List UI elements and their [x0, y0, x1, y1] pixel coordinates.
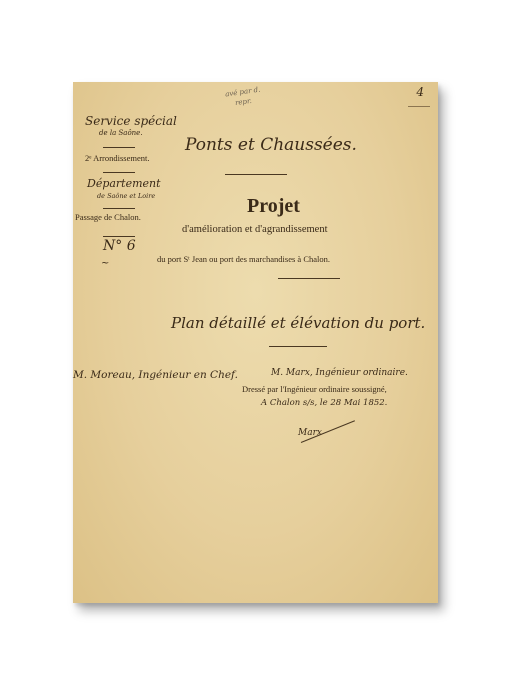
passage-label: Passage de Chalon. [75, 212, 141, 222]
plan-title: Plan détaillé et élévation du port. [171, 314, 425, 332]
divider [103, 236, 135, 237]
department-title: Ponts et Chaussées. [185, 135, 357, 155]
ordinary-engineer: M. Marx, Ingénieur ordinaire. [271, 368, 408, 378]
project-rule [278, 278, 340, 279]
departement-label: Département [87, 177, 161, 190]
page-number-rule [408, 106, 430, 107]
divider [103, 172, 135, 173]
place-date-line: A Chalon s/s, le 28 Mai 1852. [261, 398, 387, 408]
signature: Marx [298, 428, 322, 438]
departement-sub-label: de Saône et Loire [97, 192, 155, 200]
flourish-ornament: ~ [101, 258, 109, 269]
marginal-note-2: repr. [235, 97, 253, 107]
chief-engineer: M. Moreau, Ingénieur en Chef. [73, 369, 238, 381]
marginal-note: avé par d. [225, 86, 261, 99]
project-line-1: d'amélioration et d'agrandissement [182, 224, 328, 235]
document-page: 4 avé par d. repr. Service spécial de la… [73, 82, 438, 603]
plan-rule [269, 346, 327, 347]
service-label: Service spécial [85, 114, 177, 128]
project-heading: Projet [247, 195, 300, 218]
divider [103, 147, 135, 148]
divider [103, 208, 135, 209]
title-rule [225, 174, 287, 175]
drawn-by-line: Dressé par l'Ingénieur ordinaire soussig… [242, 384, 387, 394]
project-line-2: du port Sᵗ Jean ou port des marchandises… [157, 254, 330, 264]
service-sub-label: de la Saône. [99, 129, 143, 137]
page-number: 4 [416, 85, 424, 99]
document-number: N° 6 [103, 238, 136, 254]
arrondissement-label: 2ᵉ Arrondissement. [85, 153, 150, 163]
